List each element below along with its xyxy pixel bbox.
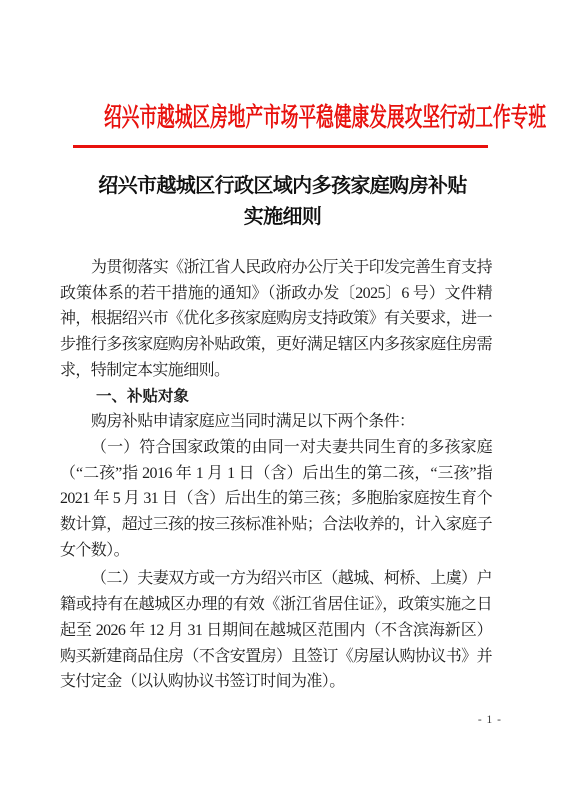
intro-paragraph: 为贯彻落实《浙江省人民政府办公厅关于印发完善生育支持政策体系的若干措施的通知》（… (60, 255, 492, 384)
section-heading: 一、补贴对象 (60, 384, 492, 410)
document-body: 为贯彻落实《浙江省人民政府办公厅关于印发完善生育支持政策体系的若干措施的通知》（… (60, 255, 492, 695)
document-page: 绍兴市越城区房地产市场平稳健康发展攻坚行动工作专班 绍兴市越城区行政区域内多孩家… (0, 0, 565, 800)
body-paragraph: （一）符合国家政策的由同一对夫妻共同生育的多孩家庭（“二孩”指 2016 年 1… (60, 435, 492, 564)
masthead-underline (73, 145, 488, 148)
page-number: - 1 - (478, 714, 502, 726)
org-masthead-title: 绍兴市越城区房地产市场平稳健康发展攻坚行动工作专班 (104, 99, 546, 137)
body-paragraph: 购房补贴申请家庭应当同时满足以下两个条件： (60, 409, 492, 435)
org-masthead: 绍兴市越城区房地产市场平稳健康发展攻坚行动工作专班 (0, 99, 565, 137)
body-paragraph: （二）夫妻双方或一方为绍兴市区（越城、柯桥、上虞）户籍或持有在越城区办理的有效《… (60, 566, 492, 695)
document-title: 绍兴市越城区行政区域内多孩家庭购房补贴 实施细则 (0, 171, 565, 233)
document-title-line1: 绍兴市越城区行政区域内多孩家庭购房补贴 (0, 171, 565, 202)
document-title-line2: 实施细则 (0, 202, 565, 233)
